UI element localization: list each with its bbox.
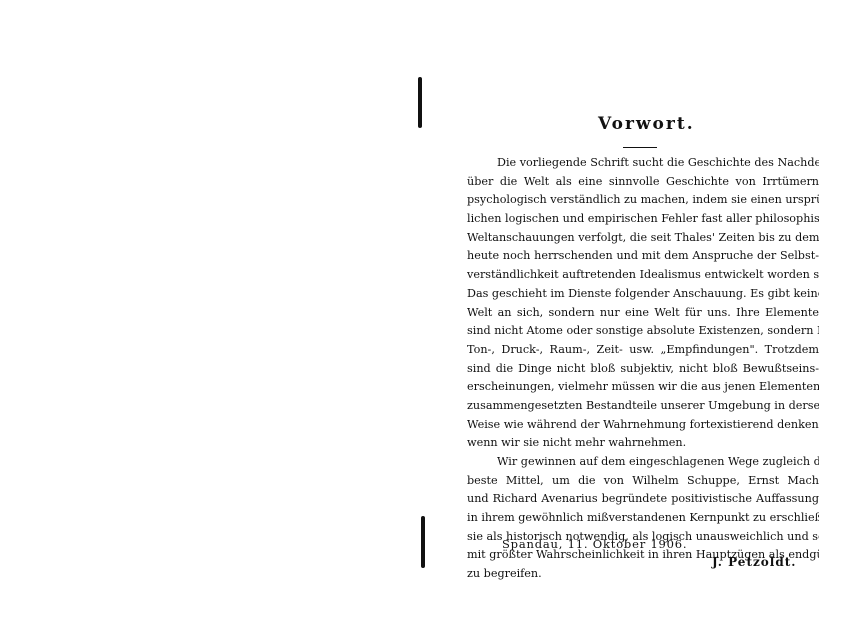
text-line: und Richard Avenarius begründete positiv… [467,490,819,509]
text-line: Weise wie während der Wahrnehmung fortex… [467,416,819,435]
binding-mark-top [418,77,422,128]
text-line: Das geschieht im Dienste folgender Ansch… [467,285,819,304]
text-line: sind nicht Atome oder sonstige absolute … [467,322,819,341]
book-spread-scan: Vorwort. Die vorliegende Schrift sucht d… [0,0,860,630]
title-rule [623,147,657,148]
text-line: Welt an sich, sondern nur eine Welt für … [467,304,819,323]
text-line: erscheinungen, vielmehr müssen wir die a… [467,378,819,397]
text-line: Weltanschauungen verfolgt, die seit Thal… [467,229,819,248]
author-signature: J. Petzoldt. [712,555,796,569]
text-line: psychologisch verständlich zu machen, in… [467,191,819,210]
text-line: in ihrem gewöhnlich mißverstandenen Kern… [467,509,819,528]
text-line: über die Welt als eine sinnvolle Geschic… [467,173,819,192]
text-line: beste Mittel, um die von Wilhelm Schuppe… [467,472,819,491]
text-line: Die vorliegende Schrift sucht die Geschi… [467,154,819,173]
text-line: lichen logischen und empirischen Fehler … [467,210,819,229]
paragraph-1: Die vorliegende Schrift sucht die Geschi… [467,154,819,453]
text-line: Wir gewinnen auf dem eingeschlagenen Weg… [467,453,819,472]
binding-mark-bottom [421,516,425,568]
text-line: sind die Dinge nicht bloß subjektiv, nic… [467,360,819,379]
page-title: Vorwort. [598,114,688,134]
text-line: verständlichkeit auftretenden Idealismus… [467,266,819,285]
text-line: wenn wir sie nicht mehr wahrnehmen. [467,434,819,453]
text-line: Ton-, Druck-, Raum-, Zeit- usw. „Empfind… [467,341,819,360]
text-line: zusammengesetzten Bestandteile unserer U… [467,397,819,416]
text-line: heute noch herrschenden und mit dem Ansp… [467,247,819,266]
dateline: Spandau, 11. Oktober 1906. [502,537,687,551]
preface-body: Die vorliegende Schrift sucht die Geschi… [467,154,819,584]
